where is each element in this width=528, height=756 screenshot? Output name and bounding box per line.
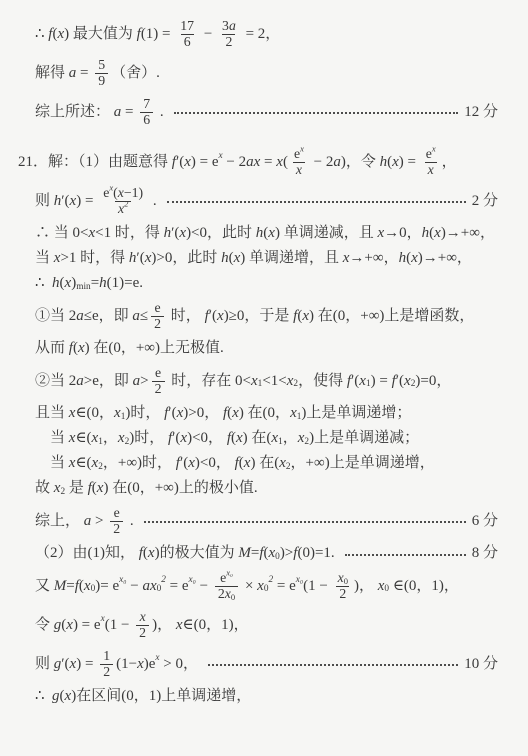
text-run: )→+∞，	[418, 248, 472, 269]
superscript: x₀	[296, 574, 303, 587]
math-run: M	[54, 576, 67, 597]
text-run: ∈(	[75, 428, 91, 449]
math-run: x	[378, 576, 385, 597]
math-run: x	[114, 403, 121, 424]
fraction-denominator: 9	[95, 73, 108, 89]
math-run: x	[232, 403, 239, 424]
text-run: 21．解：（1）由题意得	[18, 152, 172, 173]
math-run: x	[66, 615, 73, 636]
summary-a-line: 综上所述： a = 76 .12 分	[18, 95, 498, 129]
fraction: 3a2	[219, 19, 239, 50]
h-increasing-line: 当 x>1 时，得 h′(x)>0，此时 h(x) 单调递增，且 x→+∞，h(…	[18, 248, 498, 269]
superscript: 2	[124, 200, 128, 209]
text-run: (	[283, 152, 288, 173]
math-run: x	[97, 478, 104, 499]
text-run: 2	[154, 317, 161, 332]
text-run: )<0，	[187, 428, 227, 449]
text-run: ′(	[61, 654, 69, 675]
math-run: a	[76, 306, 84, 327]
text-run: 5	[98, 58, 105, 73]
math-run: x	[271, 428, 278, 449]
text-run: −	[126, 576, 142, 597]
text-run: 17	[180, 19, 194, 34]
text-run: 时，	[167, 306, 205, 327]
text-run: ′(	[136, 248, 144, 269]
text-run: (0)=1.	[297, 543, 334, 564]
math-run: h	[54, 191, 62, 212]
math-run: h	[164, 223, 172, 244]
math-run: x	[404, 371, 411, 392]
fraction: exx	[291, 147, 307, 178]
subscript: 1	[278, 436, 283, 449]
math-run: h	[399, 248, 407, 269]
text-run: ) =	[399, 152, 420, 173]
superscript: 2	[161, 574, 166, 587]
text-run: )>0，此时	[151, 248, 221, 269]
math-run: x	[69, 403, 76, 424]
text-run: )的极大值为	[155, 543, 239, 564]
text-run: −	[200, 24, 216, 45]
text-run: .	[156, 102, 164, 123]
text-run: =	[121, 102, 137, 123]
text-run: ，	[283, 428, 298, 449]
h-prime-line: 则 h′(x) = ex(x−1)x2 .2 分	[18, 184, 498, 218]
superscript: x	[219, 150, 223, 163]
fraction: 76	[140, 97, 153, 128]
text-run: )= e	[95, 576, 119, 597]
fraction-numerator: ex₀	[217, 571, 236, 586]
fraction: x2	[136, 610, 149, 641]
math-run: x	[145, 248, 152, 269]
subscript: 2	[60, 486, 65, 499]
q21-part1-derivative-line: 21．解：（1）由题意得 f′(x) = ex − 2ax = x(exx − …	[18, 145, 498, 179]
math-run: x	[180, 428, 187, 449]
fmax-value-line: ∴ f(x) 最大值为 f(1) = 176 − 3a2 = 2，	[18, 17, 498, 51]
math-run: x	[377, 223, 384, 244]
text-run: (1 −	[303, 576, 331, 597]
text-run: ≤e，即	[84, 306, 133, 327]
subscript: 0	[384, 584, 389, 597]
math-run: x	[65, 273, 72, 294]
fraction-denominator: x2	[115, 201, 131, 217]
text-run: ，+∞)上是单调递增，	[291, 453, 435, 474]
text-run: 当	[35, 248, 54, 269]
text-run: ) =	[76, 654, 97, 675]
subscript: 1	[297, 411, 302, 424]
text-run: =	[260, 152, 276, 173]
text-run: )，令	[341, 152, 380, 173]
text-run: (1 −	[105, 615, 133, 636]
text-run: ) 单调递减，且	[275, 223, 378, 244]
fraction: x02	[335, 571, 351, 602]
superscript: x	[432, 145, 436, 154]
fraction-numerator: e	[111, 506, 123, 521]
math-run: M	[238, 543, 251, 564]
text-run: ′(	[61, 191, 69, 212]
math-run: x	[70, 191, 77, 212]
dotted-leader	[167, 201, 466, 203]
math-run: x	[140, 610, 146, 625]
text-run: ′(	[180, 453, 188, 474]
text-run: )时，	[129, 428, 168, 449]
superscript: x	[155, 652, 159, 665]
subscript: 2	[304, 436, 309, 449]
math-run: x	[217, 306, 224, 327]
text-run: ×	[241, 576, 257, 597]
text-run: =	[251, 543, 259, 564]
text-run: ) 在(	[243, 428, 272, 449]
subscript: 2	[411, 379, 416, 392]
text-run: =	[66, 576, 74, 597]
math-run: x	[257, 576, 264, 597]
subscript: 2	[98, 461, 103, 474]
fraction: e2	[110, 506, 123, 537]
text-run: 3	[222, 19, 229, 34]
text-run: 解得	[35, 63, 69, 84]
text-run: = e	[166, 576, 189, 597]
text-run: ，	[103, 428, 118, 449]
text-run: 2	[155, 382, 162, 397]
fraction-numerator: x	[137, 610, 149, 625]
math-run: a	[132, 306, 140, 327]
text-run: <1<	[262, 371, 286, 392]
math-run: ax	[142, 576, 156, 597]
dotted-leader	[144, 521, 466, 523]
text-run: ) 在(0，+∞)上是增函数，	[309, 306, 474, 327]
text-run: =	[91, 273, 99, 294]
subscript: 0	[91, 584, 96, 597]
x2-minimum-line: 故 x2 是 f(x) 在(0，+∞)上的极小值.	[18, 478, 498, 499]
subscript: 1	[258, 379, 263, 392]
case2-line: ②当 2a>e，即 a>e2 时，存在 0<x1<1<x2，使得 f′(x1) …	[18, 364, 498, 398]
superscript: x	[101, 613, 105, 626]
text-run: >1 时，得	[60, 248, 128, 269]
math-run: a	[84, 511, 92, 532]
superscript: x	[300, 145, 304, 154]
math-run: g	[54, 615, 62, 636]
fraction: 59	[95, 58, 108, 89]
text-run: 1	[103, 649, 110, 664]
text-run: .	[149, 191, 157, 212]
math-run: a	[76, 371, 84, 392]
math-run: x	[69, 428, 76, 449]
text-run: ①当 2	[35, 306, 76, 327]
interval3-line: 当 x∈(x2，+∞)时， f′(x)<0， f(x) 在(x2，+∞)上是单调…	[18, 453, 498, 474]
math-run: x	[359, 371, 366, 392]
text-run: )时，	[125, 403, 164, 424]
fraction: ex₀2x0	[215, 571, 238, 602]
text-run: ) = e	[191, 152, 219, 173]
text-run: >e，即	[84, 371, 133, 392]
text-run: − 2	[223, 152, 246, 173]
math-run: g	[52, 686, 60, 707]
text-run: 是	[65, 478, 88, 499]
text-run: 时，存在 0<	[168, 371, 251, 392]
text-run: 则	[35, 654, 54, 675]
math-run: x	[69, 453, 76, 474]
text-run: ) =	[371, 371, 392, 392]
math-run: x	[148, 543, 155, 564]
fraction-denominator: 2x0	[215, 586, 238, 602]
math-run: ax	[246, 152, 260, 173]
fraction-denominator: 2	[110, 521, 123, 537]
fraction-numerator: x0	[335, 571, 351, 586]
text-run: ∈(0，	[75, 403, 114, 424]
math-run: x	[434, 223, 441, 244]
text-run: )e	[144, 654, 156, 675]
text-run: 故	[35, 478, 54, 499]
dotted-leader	[208, 664, 458, 666]
math-run: a	[333, 152, 341, 173]
fraction-denominator: 6	[140, 112, 153, 128]
interval2-line: 当 x∈(x1，x2)时， f′(x)<0， f(x) 在(x1，x2)上是单调…	[18, 428, 498, 449]
fraction-numerator: 1	[100, 649, 113, 664]
part1-conclusion-line: 综上， a > e2 .6 分	[18, 504, 498, 538]
subscript: 0	[275, 551, 280, 564]
h-decreasing-line: ∴ 当 0<x<1 时，得 h′(x)<0，此时 h(x) 单调递减，且 x→0…	[18, 223, 498, 244]
superscript: x₀	[226, 569, 233, 578]
text-run: ′(	[209, 306, 217, 327]
text-run: )→+∞，	[441, 223, 495, 244]
text-run: 9	[98, 74, 105, 89]
math-run: x	[179, 223, 186, 244]
text-run: )=0，	[415, 371, 451, 392]
text-run: >	[91, 511, 107, 532]
math-run: a	[69, 63, 77, 84]
fraction: e2	[151, 301, 164, 332]
text-run: −	[196, 576, 212, 597]
text-run: − 2	[310, 152, 333, 173]
math-run: x	[298, 428, 305, 449]
math-run: a	[114, 102, 122, 123]
text-run: ②当 2	[35, 371, 76, 392]
score-label: 8 分	[472, 543, 498, 564]
text-run: ，	[442, 152, 457, 173]
text-run: ∴ 当 0<	[35, 223, 88, 244]
superscript: x	[109, 184, 113, 193]
text-run: ，使得	[298, 371, 347, 392]
math-run: x	[118, 428, 125, 449]
text-run: 6	[143, 113, 150, 128]
no-extremum-line: 从而 f(x) 在(0，+∞)上无极值.	[18, 338, 498, 359]
math-run: x	[177, 403, 184, 424]
math-run: x	[411, 248, 418, 269]
text-run: = e	[273, 576, 296, 597]
subscript: 1	[98, 436, 103, 449]
text-run: 且当	[35, 403, 69, 424]
text-run: 从而	[35, 338, 69, 359]
text-run: e	[155, 366, 161, 381]
math-run: x	[188, 453, 195, 474]
h-min-line: ∴ h(x)min=h(1)=e.	[18, 273, 498, 294]
text-run: )，	[152, 615, 176, 636]
text-run: （2）由(1)知，	[35, 543, 139, 564]
math-run: x	[184, 152, 191, 173]
dotted-leader	[345, 554, 466, 556]
fraction-numerator: e	[152, 366, 164, 381]
subscript: 2	[293, 379, 298, 392]
math-run: x	[251, 371, 258, 392]
text-run: ∈(0，1)，	[183, 615, 249, 636]
math-run: x	[302, 306, 309, 327]
text-run: 当	[50, 453, 69, 474]
score-label: 6 分	[472, 511, 498, 532]
text-run: e	[155, 301, 161, 316]
text-run: ∈(0，1)，	[389, 576, 459, 597]
text-run: ) =	[76, 191, 97, 212]
fraction-denominator: 2	[100, 664, 113, 680]
fraction-numerator: e	[152, 301, 164, 316]
text-run: ) 在(0，+∞)上的极小值.	[103, 478, 257, 499]
text-run: （舍）.	[111, 63, 160, 84]
part2-max-line: （2）由(1)知， f(x)的极大值为 M=f(x0)>f(0)=1.8 分	[18, 543, 498, 564]
text-run: ∴	[35, 273, 52, 294]
score-label: 2 分	[472, 191, 498, 212]
text-run: <1 时，得	[95, 223, 163, 244]
text-run: 令	[35, 615, 54, 636]
text-run: →0，	[384, 223, 422, 244]
fraction-denominator: 2	[222, 34, 235, 50]
text-run: )，	[354, 576, 378, 597]
fraction-numerator: ex	[291, 147, 307, 162]
fraction-denominator: 2	[152, 381, 165, 397]
m-expression-line: 又 M=f(x0)= ex₀ − ax02 = ex₀ − ex₀2x0 × x…	[18, 569, 498, 603]
text-run: = 2，	[242, 24, 280, 45]
text-run: ，+∞)时，	[103, 453, 176, 474]
text-run: ∴	[35, 24, 48, 45]
text-run: e	[114, 506, 120, 521]
text-run: 2	[103, 665, 110, 680]
math-run: h	[422, 223, 430, 244]
fraction-numerator: ex	[423, 147, 439, 162]
g-definition-line: 令 g(x) = ex(1 − x2)， x∈(0，1)，	[18, 608, 498, 642]
text-run: ′(	[176, 152, 184, 173]
math-run: x	[78, 338, 85, 359]
text-run: 2	[113, 522, 120, 537]
math-run: x	[92, 453, 99, 474]
math-run: h	[221, 248, 229, 269]
fraction-denominator: 6	[181, 34, 194, 50]
fraction-numerator: 7	[140, 97, 153, 112]
text-run: )<0，	[195, 453, 235, 474]
text-run: )>	[280, 543, 293, 564]
text-run: →+∞，	[349, 248, 398, 269]
text-run: 7	[143, 97, 150, 112]
text-run: > 0，	[160, 654, 198, 675]
math-run: x	[54, 248, 61, 269]
subscript: 1	[121, 411, 126, 424]
text-run: 综上，	[35, 511, 84, 532]
subscript: 2	[286, 461, 291, 474]
math-run: x	[392, 152, 399, 173]
text-run: ∈(	[75, 453, 91, 474]
text-run: )上是单调递减；	[309, 428, 419, 449]
text-run: )上是单调递增；	[301, 403, 411, 424]
text-run: ∴	[35, 686, 52, 707]
text-run: ) 在(0，+∞)上无极值.	[85, 338, 224, 359]
score-label: 12 分	[464, 102, 498, 123]
text-run: 6	[184, 35, 191, 50]
text-run: ) 单调递增，且	[240, 248, 343, 269]
fraction: 176	[177, 19, 197, 50]
fraction-denominator: 2	[336, 586, 349, 602]
math-run: x	[137, 654, 144, 675]
math-run: x	[236, 428, 243, 449]
subscript: 1	[366, 379, 371, 392]
text-run: >	[140, 371, 148, 392]
superscript: x₀	[189, 574, 196, 587]
text-run: ′(	[168, 403, 176, 424]
text-run: ) 在(0，	[239, 403, 290, 424]
dotted-leader	[174, 112, 459, 114]
text-run: (1−	[116, 654, 137, 675]
fraction: exx	[423, 147, 439, 178]
text-run: )在区间(0，1)上单调递增，	[71, 686, 251, 707]
math-run: a	[229, 19, 236, 34]
subscript: 2	[125, 436, 130, 449]
math-run: x	[54, 478, 61, 499]
math-run: g	[54, 654, 62, 675]
math-run: x	[296, 163, 302, 178]
text-run: (1)=e.	[107, 273, 143, 294]
text-run: 2	[225, 35, 232, 50]
text-run: )≥0，于是	[224, 306, 293, 327]
interval1-line: 且当 x∈(0，x1)时， f′(x)>0， f(x) 在(0，x1)上是单调递…	[18, 403, 498, 424]
score-label: 10 分	[464, 654, 498, 675]
text-run: ≤	[140, 306, 148, 327]
text-run: ) = e	[73, 615, 101, 636]
solve-a-rejected-line: 解得 a = 59（舍）.	[18, 56, 498, 90]
math-run: x	[244, 453, 251, 474]
superscript: x₀	[119, 574, 126, 587]
math-run: x	[343, 248, 350, 269]
case1-line: ①当 2a≤e，即 a≤e2 时， f′(x)≥0，于是 f(x) 在(0，+∞…	[18, 299, 498, 333]
fraction: 12	[100, 649, 113, 680]
fraction-numerator: 17	[177, 19, 197, 34]
g-increasing-line: ∴ g(x)在区间(0，1)上单调递增，	[18, 686, 498, 707]
g-prime-line: 则 g′(x) = 12(1−x)ex > 0，10 分	[18, 647, 498, 681]
fraction-denominator: x	[425, 162, 437, 178]
math-run: x	[84, 576, 91, 597]
text-run: )<0，此时	[186, 223, 256, 244]
math-run: x	[234, 248, 241, 269]
fraction: e2	[152, 366, 165, 397]
solution-page: ∴ f(x) 最大值为 f(1) = 176 − 3a2 = 2，解得 a = …	[0, 0, 528, 756]
fraction: ex(x−1)x2	[100, 186, 146, 217]
math-run: h	[52, 273, 60, 294]
subscript: 0	[231, 593, 235, 602]
math-run: x	[65, 686, 72, 707]
math-run: x	[268, 543, 275, 564]
text-run: 综上所述：	[35, 102, 114, 123]
subscript: min	[76, 281, 90, 294]
text-run: =	[76, 63, 92, 84]
text-run: 当	[50, 428, 69, 449]
text-run: .	[126, 511, 134, 532]
fraction-denominator: x	[293, 162, 305, 178]
text-run: 2	[139, 626, 146, 641]
text-run: 则	[35, 191, 54, 212]
text-run: ) 最大值为	[64, 24, 137, 45]
solution-lines: ∴ f(x) 最大值为 f(1) = 176 − 3a2 = 2，解得 a = …	[18, 17, 498, 707]
math-run: x	[268, 223, 275, 244]
math-run: x	[287, 371, 294, 392]
math-run: x	[92, 428, 99, 449]
fraction-numerator: 5	[95, 58, 108, 73]
text-run: 2	[339, 587, 346, 602]
text-run: 又	[35, 576, 54, 597]
subscript: 0	[344, 577, 348, 586]
